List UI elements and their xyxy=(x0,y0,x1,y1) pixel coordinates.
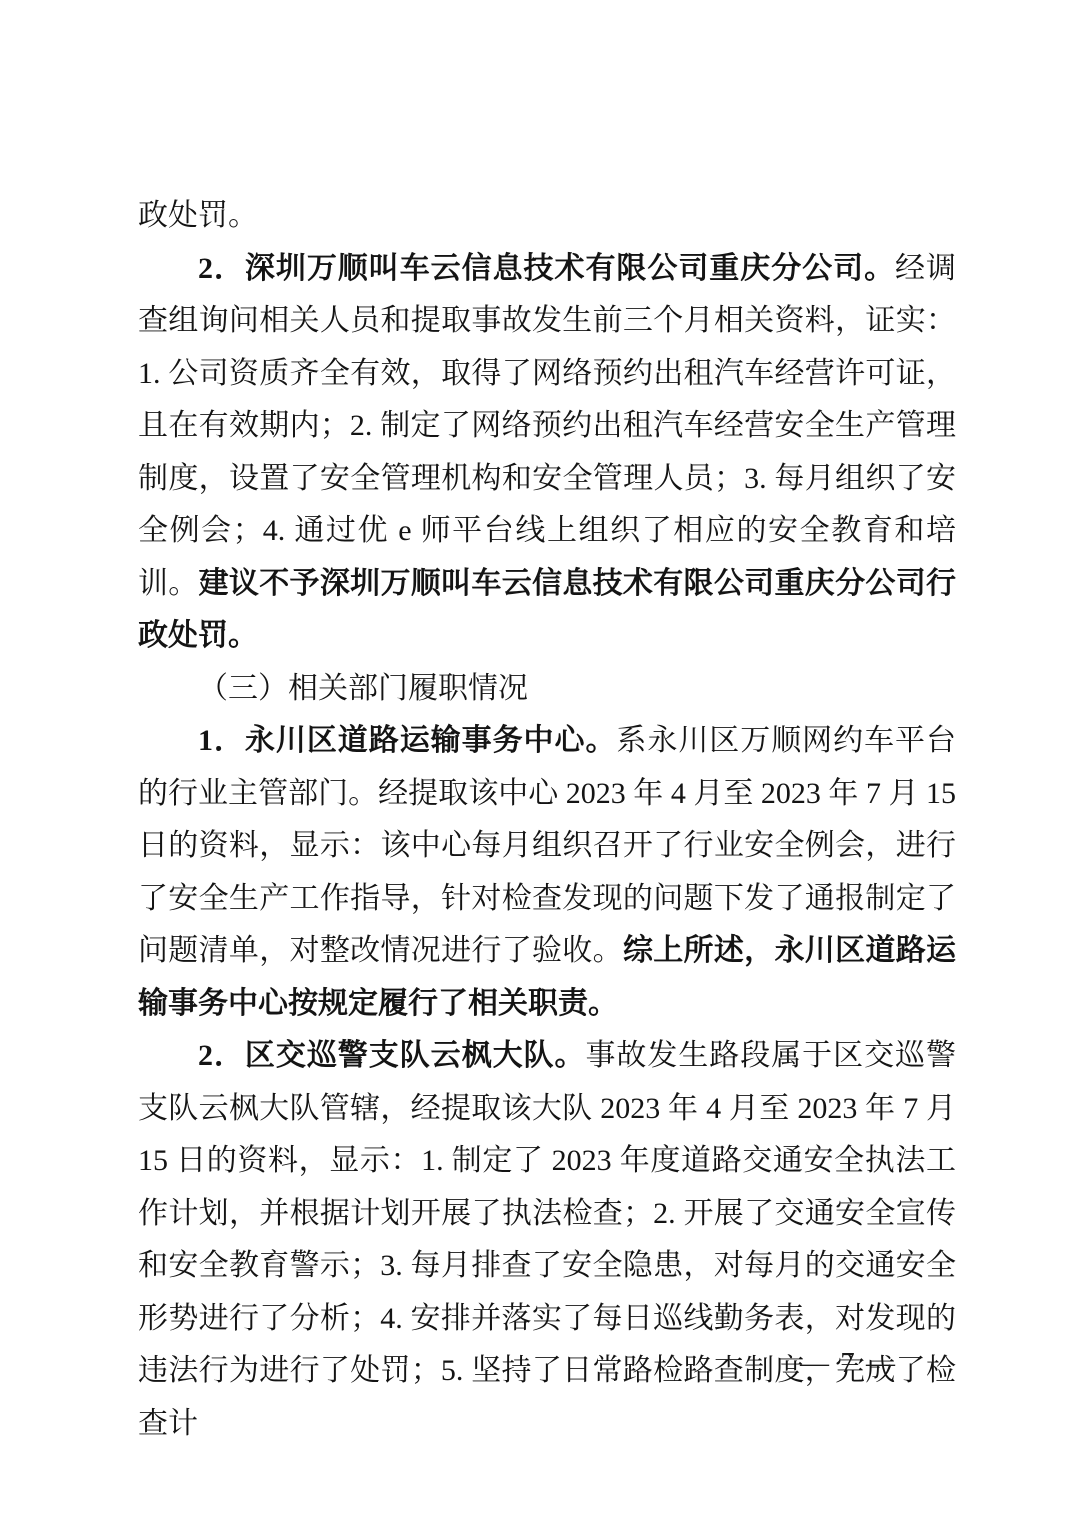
paragraph-traffic-police-brigade: 2．区交巡警支队云枫大队。事故发生路段属于区交巡警支队云枫大队管辖，经提取该大队… xyxy=(138,1030,956,1450)
paragraph-continuation: 政处罚。 xyxy=(138,190,956,243)
text-run: 系永川区万顺网约车平台的行业主管部门。经提取该中心 2023 年 4 月至 20… xyxy=(138,724,956,967)
document-page: 政处罚。 2．深圳万顺叫车云信息技术有限公司重庆分公司。经调查组询问相关人员和提… xyxy=(0,0,1074,1520)
text-run-bold-lead: 2．区交巡警支队云枫大队。 xyxy=(198,1039,585,1072)
section-heading-3: （三）相关部门履职情况 xyxy=(138,663,956,716)
paragraph-company-shenzhen-wanshun: 2．深圳万顺叫车云信息技术有限公司重庆分公司。经调查组询问相关人员和提取事故发生… xyxy=(138,243,956,663)
text-run: 政处罚。 xyxy=(138,199,258,232)
page-number: — 7 — xyxy=(800,1346,897,1380)
text-run: （三）相关部门履职情况 xyxy=(198,672,528,705)
document-body: 政处罚。 2．深圳万顺叫车云信息技术有限公司重庆分公司。经调查组询问相关人员和提… xyxy=(138,190,956,1450)
text-run-bold-conclusion: 建议不予深圳万顺叫车云信息技术有限公司重庆分公司行政处罚。 xyxy=(138,567,956,653)
paragraph-road-transport-center: 1．永川区道路运输事务中心。系永川区万顺网约车平台的行业主管部门。经提取该中心 … xyxy=(138,715,956,1030)
text-run-bold-lead: 2．深圳万顺叫车云信息技术有限公司重庆分公司。 xyxy=(198,252,895,285)
text-run-bold-lead: 1．永川区道路运输事务中心。 xyxy=(198,724,616,757)
text-run: 经调查组询问相关人员和提取事故发生前三个月相关资料，证实：1. 公司资质齐全有效… xyxy=(138,252,956,600)
